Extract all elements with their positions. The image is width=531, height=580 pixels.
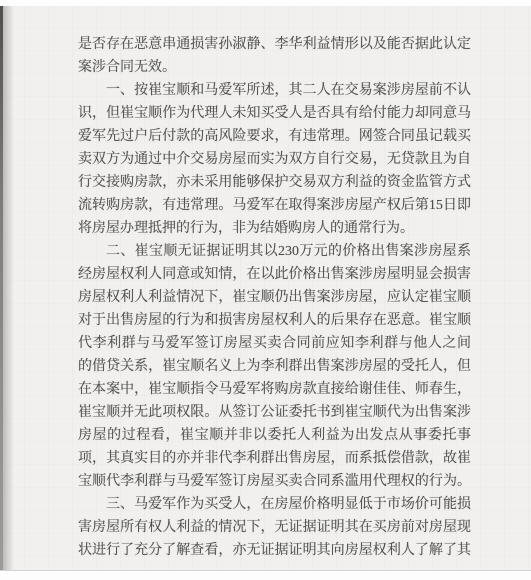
document-line: 在本案中，崔宝顺指令马爱军将购房款直接给谢佳佳、师春生， xyxy=(78,378,471,401)
scan-margin-top xyxy=(0,0,531,6)
document-line: 害房屋所有权人利益的情况下，无证据证明其在买房前对房屋现 xyxy=(78,516,471,539)
page-left-edge-fade xyxy=(3,5,14,571)
document-line: 卖双方为通过中介交易房屋而实为双方自行交易，无贷款且为自 xyxy=(78,148,471,171)
document-line: 经房屋权利人同意或知情，在以此价格出售案涉房屋明显会损害 xyxy=(78,263,471,286)
document-line: 房屋的过程看，崔宝顺并非以委托人利益为出发点从事委托事 xyxy=(78,424,471,447)
document-line: 流转购房款，有违常理。马爱军在取得案涉房屋产权后第15日即 xyxy=(78,194,471,217)
document-line: 状进行了充分了解查看，亦无证据证明其向房屋权利人了解了其 xyxy=(78,539,471,562)
document-line: 二、崔宝顺无证据证明其以230万元的价格出售案涉房屋系 xyxy=(78,240,471,263)
document-line: 是否存在恶意串通损害孙淑静、李华利益情形以及能否据此认定 xyxy=(78,33,471,56)
document-text-block: 是否存在恶意串通损害孙淑静、李华利益情形以及能否据此认定 案涉合同无效。 一、按… xyxy=(78,33,471,562)
document-line: 爱军先过户后付款的高风险要求，有违常理。网签合同虽记载买 xyxy=(78,125,471,148)
document-line: 项，其真实目的亦并非代李利群出售房屋，而系抵偿借款，故崔 xyxy=(78,447,471,470)
document-line: 的借贷关系，崔宝顺名义上为李利群出售案涉房屋的受托人，但 xyxy=(78,355,471,378)
document-line: 对于出售房屋的行为和损害房屋权利人的后果存在恶意。崔宝顺 xyxy=(78,309,471,332)
document-line: 崔宝顺并无此项权限。从签订公证委托书到崔宝顺代为出售案涉 xyxy=(78,401,471,424)
scanned-page: 是否存在恶意串通损害孙淑静、李华利益情形以及能否据此认定 案涉合同无效。 一、按… xyxy=(0,0,531,580)
document-line: 行交接购房款，亦未采用能够保护交易双方利益的资金监管方式 xyxy=(78,171,471,194)
scan-margin-bottom xyxy=(0,570,531,580)
document-line: 代李利群与马爱军签订房屋买卖合同前应知李利群与他人之间 xyxy=(78,332,471,355)
document-line: 房屋权利人利益情况下，崔宝顺仍出售案涉房屋，应认定崔宝顺 xyxy=(78,286,471,309)
document-line: 将房屋办理抵押的行为，非为结婚购房人的通常行为。 xyxy=(78,217,471,240)
document-line: 识，但崔宝顺作为代理人未知买受人是否具有给付能力却同意马 xyxy=(78,102,471,125)
document-line: 一、按崔宝顺和马爱军所述，其二人在交易案涉房屋前不认 xyxy=(78,79,471,102)
document-line: 三、马爱军作为买受人，在房屋价格明显低于市场价可能损 xyxy=(78,493,471,516)
document-line: 宝顺代李利群与马爱军签订房屋买卖合同系滥用代理权的行为。 xyxy=(78,470,471,493)
document-line: 案涉合同无效。 xyxy=(78,56,471,79)
